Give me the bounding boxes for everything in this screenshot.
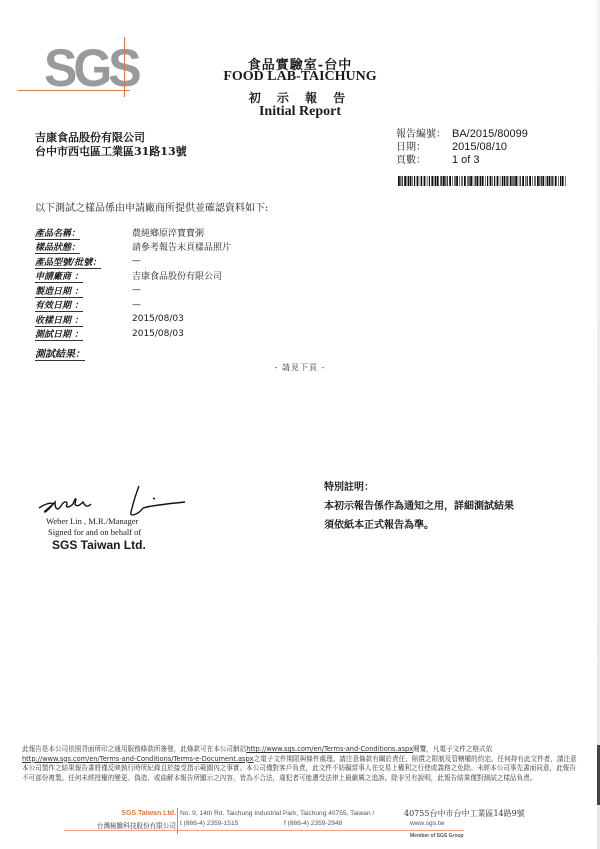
footer-company-en: SGS Taiwan Ltd.	[116, 810, 176, 817]
terms-e-document-link[interactable]: http://www.sgs.com/en/Terms-and-Conditio…	[22, 755, 254, 763]
footer-fax: f (886-4) 2359-2948	[284, 820, 342, 827]
client-block: 吉康食品股份有限公司 台中市西屯區工業區31路13號	[35, 131, 187, 159]
page-count-row: 頁數： 1 of 3	[396, 154, 528, 167]
field-label: 產品名稱：	[35, 226, 132, 239]
field-row: 收樣日期 ：2015/08/03	[35, 312, 231, 327]
footer-member: Member of SGS Group	[410, 833, 464, 839]
field-value: —	[132, 300, 141, 310]
field-value: 吉康食品股份有限公司	[132, 269, 222, 282]
field-row: 產品型號/批號：—	[35, 254, 231, 269]
report-number: BA/2015/80099	[452, 128, 528, 141]
field-label: 申請廠商 ：	[35, 269, 132, 282]
page-count: 1 of 3	[452, 154, 480, 167]
field-value: —	[132, 256, 141, 266]
report-number-row: 報告編號： BA/2015/80099	[396, 128, 528, 141]
report-meta: 報告編號： BA/2015/80099 日期： 2015/08/10 頁數： 1…	[396, 128, 528, 167]
field-value: 2015/08/03	[132, 314, 184, 324]
sample-info-fields: 產品名稱：農純鄉原淬寶寶粥樣品狀態：請參考報告末頁樣品照片產品型號/批號：—申請…	[35, 225, 231, 341]
field-label: 收樣日期 ：	[35, 313, 132, 326]
field-value: 2015/08/03	[132, 329, 184, 339]
footer-address-cn: 40755台中市台中工業區14路9號	[404, 808, 525, 819]
footer-telephone: t (886-4) 2359-1515	[180, 820, 238, 827]
field-row: 樣品狀態：請參考報告末頁樣品照片	[35, 240, 231, 255]
field-row: 測試日期 ：2015/08/03	[35, 327, 231, 342]
notice-line-1: 本初示報告係作為通知之用，詳細測試結果	[324, 497, 514, 516]
footer-rule	[64, 830, 464, 831]
signature-image	[35, 478, 195, 520]
field-row: 有效日期 ：—	[35, 298, 231, 313]
field-value: —	[132, 285, 141, 295]
results-label: 測試結果：	[35, 345, 85, 361]
field-value: 請參考報告末頁樣品照片	[132, 240, 231, 253]
terms-link[interactable]: http://www.sgs.com/en/Terms-and-Conditio…	[246, 745, 413, 753]
field-label: 樣品狀態：	[35, 240, 132, 253]
signer-info: Weber Lin , M.R./Manager Signed for and …	[46, 516, 141, 538]
report-date-row: 日期： 2015/08/10	[396, 141, 528, 154]
notice-line-2: 須依紙本正式報告為準。	[324, 516, 514, 535]
footer-address-en: No. 9, 14th Rd. Taichung Industrial Park…	[180, 810, 374, 817]
field-label: 有效日期 ：	[35, 298, 132, 311]
field-row: 製造日期 ：—	[35, 283, 231, 298]
footer-company-cn: 台灣檢驗科技股份有限公司	[64, 820, 176, 830]
report-date: 2015/08/10	[452, 141, 507, 154]
field-label: 測試日期 ：	[35, 327, 132, 340]
report-type-en: Initial Report	[0, 104, 600, 120]
client-address: 台中市西屯區工業區31路13號	[35, 145, 187, 159]
field-value: 農純鄉原淬寶寶粥	[132, 226, 204, 239]
intro-text: 以下測試之樣品係由申請廠商所提供並確認資料如下:	[35, 199, 268, 214]
field-label: 製造日期 ：	[35, 284, 132, 297]
field-row: 產品名稱：農純鄉原淬寶寶粥	[35, 225, 231, 240]
field-label: 產品型號/批號：	[35, 255, 132, 268]
barcode	[398, 176, 566, 186]
footer-website[interactable]: www.sgs.tw	[410, 820, 444, 827]
see-next-page: - 請見下頁 -	[0, 362, 600, 373]
special-notice: 特別註明： 本初示報告係作為通知之用，詳細測試結果 須依紙本正式報告為準。	[324, 478, 514, 535]
disclaimer: 此報告是本公司依照背面所印之通用服務條款所簽發，此條款可在本公司網站http:/…	[22, 745, 582, 783]
notice-title: 特別註明：	[324, 478, 514, 497]
lab-title-en: FOOD LAB-TAICHUNG	[0, 69, 600, 85]
signed-on-behalf: Signed for and on behalf of	[46, 527, 141, 538]
field-row: 申請廠商 ：吉康食品股份有限公司	[35, 269, 231, 284]
client-name: 吉康食品股份有限公司	[35, 131, 187, 145]
signer-company: SGS Taiwan Ltd.	[52, 538, 146, 552]
signer-name: Weber Lin , M.R./Manager	[46, 516, 141, 527]
